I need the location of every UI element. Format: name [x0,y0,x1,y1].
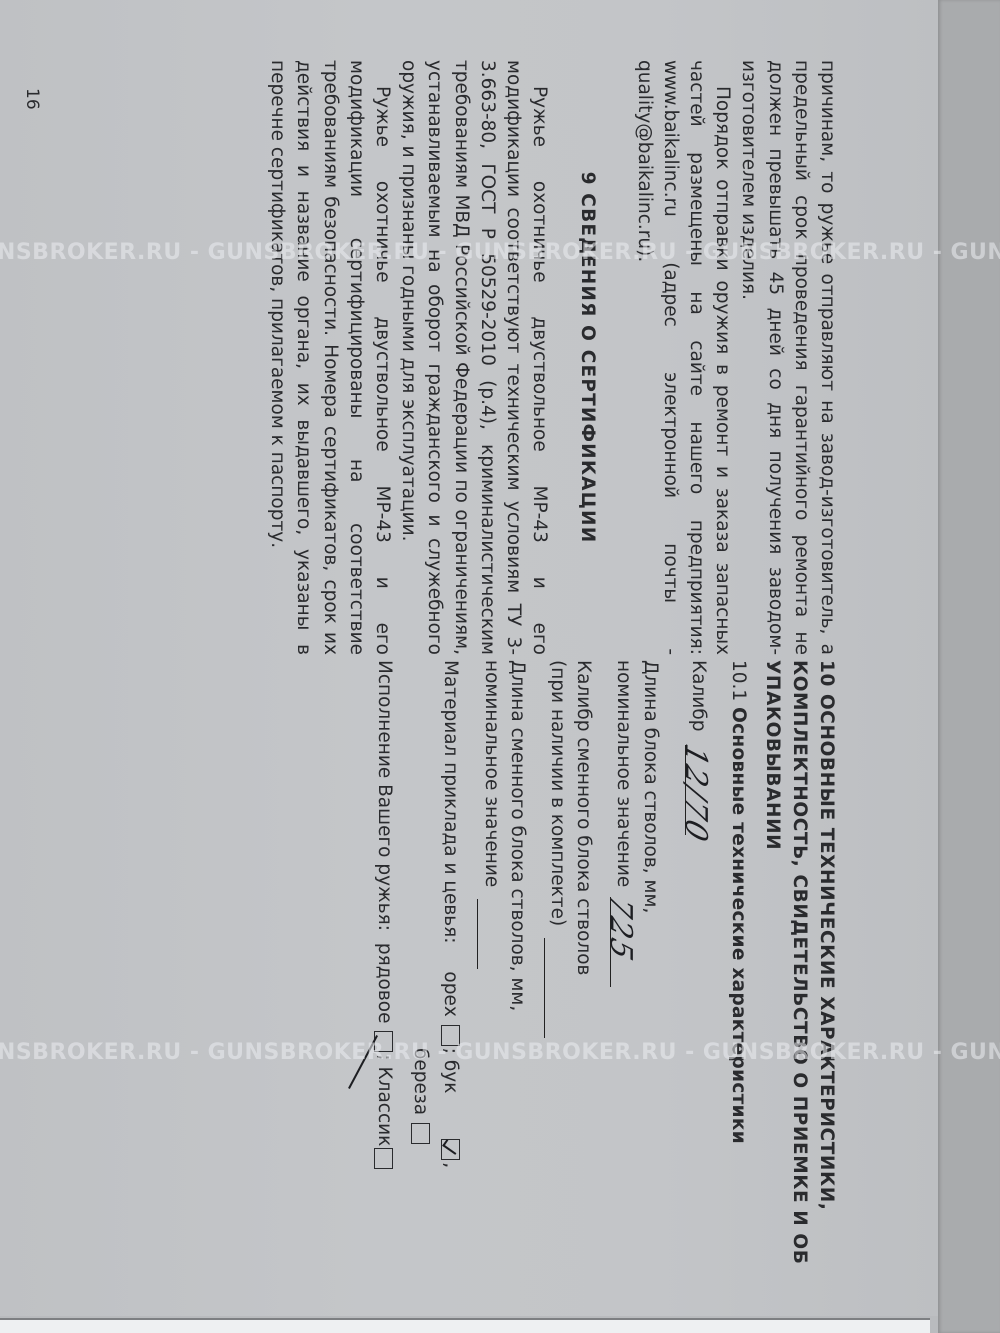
left-column: причинам, то ружье отправляют на завод-и… [264,60,840,655]
barrel-length-label-1: Длина блока стволов, мм, [636,660,662,1285]
spare-caliber-input[interactable] [544,938,565,1038]
caliber-handwritten-value: 12/70 [680,741,710,847]
caliber-input[interactable]: 12/70 [685,745,706,835]
caliber-label: Калибр [688,660,709,731]
subsection-number: 10.1 [728,660,749,701]
watermark-top: GUNSBROKER.RU - GUNSBROKER.RU - GUNSBROK… [0,240,960,265]
barrel-length-field: Длина блока стволов, мм, номинальное зна… [610,660,662,1285]
option-beech-checkbox[interactable] [441,1139,460,1160]
section-10-heading: 10 ОСНОВНЫЕ ТЕХНИЧЕСКИЕ ХАРАКТЕРИСТИКИ, … [759,660,840,1285]
option-classic-label: Классик [374,1067,395,1147]
warranty-paragraph: причинам, то ружье отправляют на завод-и… [735,60,840,655]
spare-caliber-label-2: (при наличии в комплекте) [547,660,568,926]
barrel-length-handwritten-value: 725 [605,892,635,965]
option-birch-checkbox[interactable] [411,1123,430,1144]
underlying-sheet-edge [0,1318,930,1333]
table-surface [938,0,1000,1333]
caliber-field: Калибр 12/70 [685,660,711,1285]
stock-material-label: Материал приклада и цевья: [440,660,461,944]
option-walnut-label: орех [440,971,461,1016]
version-field: Исполнение Вашего ружья: рядовое ; Класс… [371,660,397,1285]
spare-caliber-field: Калибр сменного блока стволов (при налич… [544,660,596,1285]
spare-length-label-2: номинальное значение [481,660,502,887]
certification-paragraph-2: Ружье охотничье двуствольное МР-43 и его… [264,60,395,655]
version-label: Исполнение Вашего ружья: [374,660,395,931]
subsection-title: Основные технические характеристики [728,707,749,1144]
spare-length-input[interactable] [477,899,498,969]
watermark-bottom: GUNSBROKER.RU - GUNSBROKER.RU - GUNSBROK… [0,1040,960,1065]
barrel-length-input[interactable]: 725 [610,897,631,987]
stock-material-field-line-2: береза [407,660,433,1285]
barrel-length-label-2: номинальное значение [613,660,634,887]
subsection-10-1-heading: 10.1 Основные технические характеристики [725,660,751,1285]
stock-material-field: Материал приклада и цевья: орех ; бук , [437,660,463,1285]
option-standard-label: рядовое [374,943,395,1024]
option-classic-checkbox[interactable] [374,1148,393,1169]
spare-length-label-1: Длина сменного блока стволов, мм, [504,660,530,1285]
repair-order-paragraph: Порядок отправки оружия в ремонт и заказ… [630,60,735,655]
spare-length-field: Длина сменного блока стволов, мм, номина… [477,660,529,1285]
section-9-heading: 9 СВЕДЕНИЯ О СЕРТИФИКАЦИИ [574,60,600,655]
certification-paragraph-1: Ружье охотничье двуствольное МР-43 и его… [395,60,552,655]
right-column: 10 ОСНОВНЫЕ ТЕХНИЧЕСКИЕ ХАРАКТЕРИСТИКИ, … [357,660,840,1285]
spare-caliber-label-1: Калибр сменного блока стволов [570,660,596,1285]
